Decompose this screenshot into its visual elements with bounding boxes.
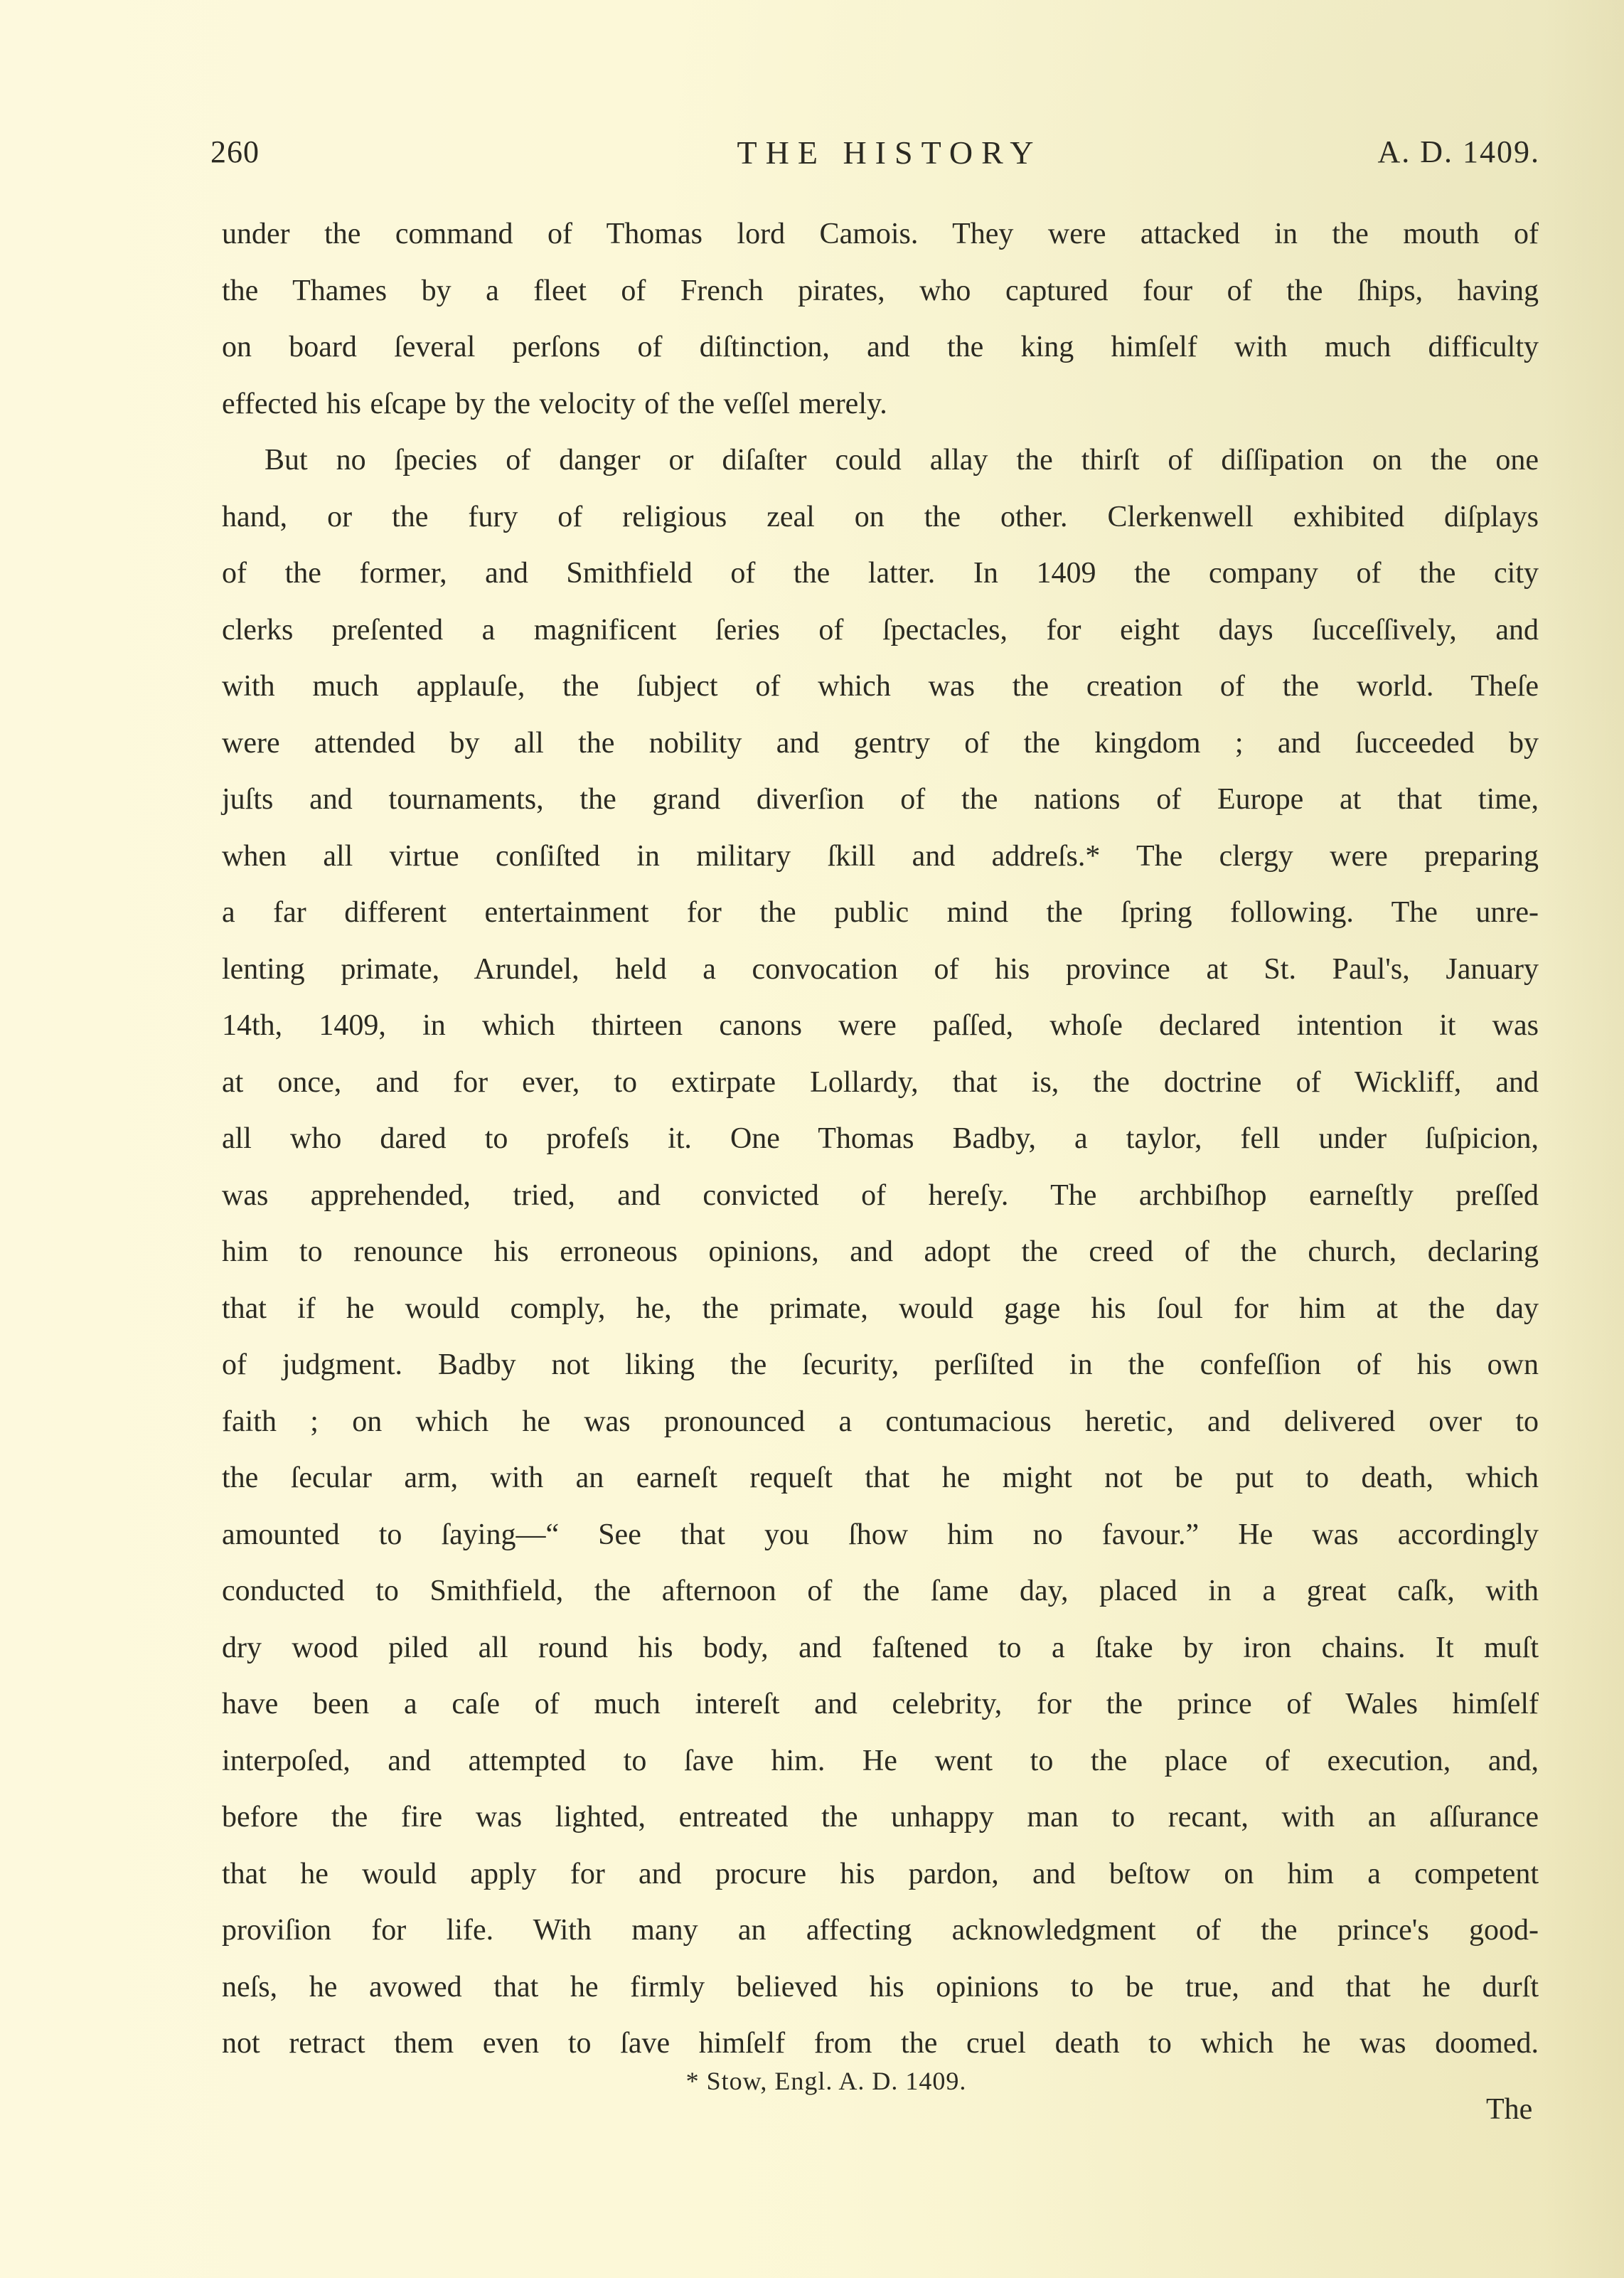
text-line: before the fire was lighted, entreated t…: [222, 1789, 1539, 1846]
text-line: amounted to ſaying—“ See that you ſhow h…: [222, 1507, 1539, 1564]
text-line: when all virtue conſiſted in military ſk…: [222, 829, 1539, 885]
text-line: were attended by all the nobility and ge…: [222, 715, 1539, 772]
running-title: THE HISTORY: [210, 134, 1540, 171]
text-line: at once, and for ever, to extirpate Loll…: [222, 1055, 1539, 1112]
text-line: of judgment. Badby not liking the ſecuri…: [222, 1337, 1539, 1394]
body-text: under the command of Thomas lord Camois.…: [222, 206, 1539, 2072]
text-line: dry wood piled all round his body, and f…: [222, 1620, 1539, 1677]
text-line: a far different entertainment for the pu…: [222, 885, 1539, 942]
text-line: juſts and tournaments, the grand diverſi…: [222, 772, 1539, 829]
page-edge-shading: [1539, 0, 1624, 2278]
text-line: him to renounce his erroneous opinions, …: [222, 1224, 1539, 1281]
text-line: 14th, 1409, in which thirteen canons wer…: [222, 998, 1539, 1055]
text-line: with much applauſe, the ſubject of which…: [222, 659, 1539, 715]
text-line: under the command of Thomas lord Camois.…: [222, 206, 1539, 263]
text-line: of the former, and Smithfield of the lat…: [222, 545, 1539, 602]
paragraph-start-line: But no ſpecies of danger or diſaſter cou…: [222, 432, 1539, 489]
text-line: on board ſeveral perſons of diſtinction,…: [222, 319, 1539, 376]
catchword: The: [1486, 2092, 1532, 2127]
text-line: that he would apply for and procure his …: [222, 1846, 1539, 1903]
text-line: proviſion for life. With many an affecti…: [222, 1902, 1539, 1959]
text-line: the Thames by a fleet of French pirates,…: [222, 263, 1539, 320]
text-line: interpoſed, and attempted to ſave him. H…: [222, 1733, 1539, 1790]
text-line: effected his eſcape by the velocity of t…: [222, 376, 1539, 433]
running-head: 260 THE HISTORY A. D. 1409.: [210, 134, 1540, 176]
book-page: 260 THE HISTORY A. D. 1409. under the co…: [0, 0, 1624, 2278]
text-line: was apprehended, tried, and convicted of…: [222, 1168, 1539, 1225]
text-line: neſs, he avowed that he firmly believed …: [222, 1959, 1539, 2016]
text-line: that if he would comply, he, the primate…: [222, 1281, 1539, 1338]
text-line: lenting primate, Arundel, held a convoca…: [222, 942, 1539, 999]
text-line: clerks preſented a magnificent ſeries of…: [222, 602, 1539, 659]
text-line: the ſecular arm, with an earneſt requeſt…: [222, 1450, 1539, 1507]
text-line: hand, or the fury of religious zeal on t…: [222, 489, 1539, 546]
text-line: conducted to Smithfield, the afternoon o…: [222, 1563, 1539, 1620]
text-line: faith ; on which he was pronounced a con…: [222, 1394, 1539, 1451]
running-date: A. D. 1409.: [1377, 134, 1540, 170]
footnote: * Stow, Engl. A. D. 1409.: [0, 2066, 1624, 2096]
text-line: not retract them even to ſave himſelf fr…: [222, 2016, 1539, 2072]
text-line: all who dared to profeſs it. One Thomas …: [222, 1111, 1539, 1168]
text-line: have been a caſe of much intereſt and ce…: [222, 1676, 1539, 1733]
